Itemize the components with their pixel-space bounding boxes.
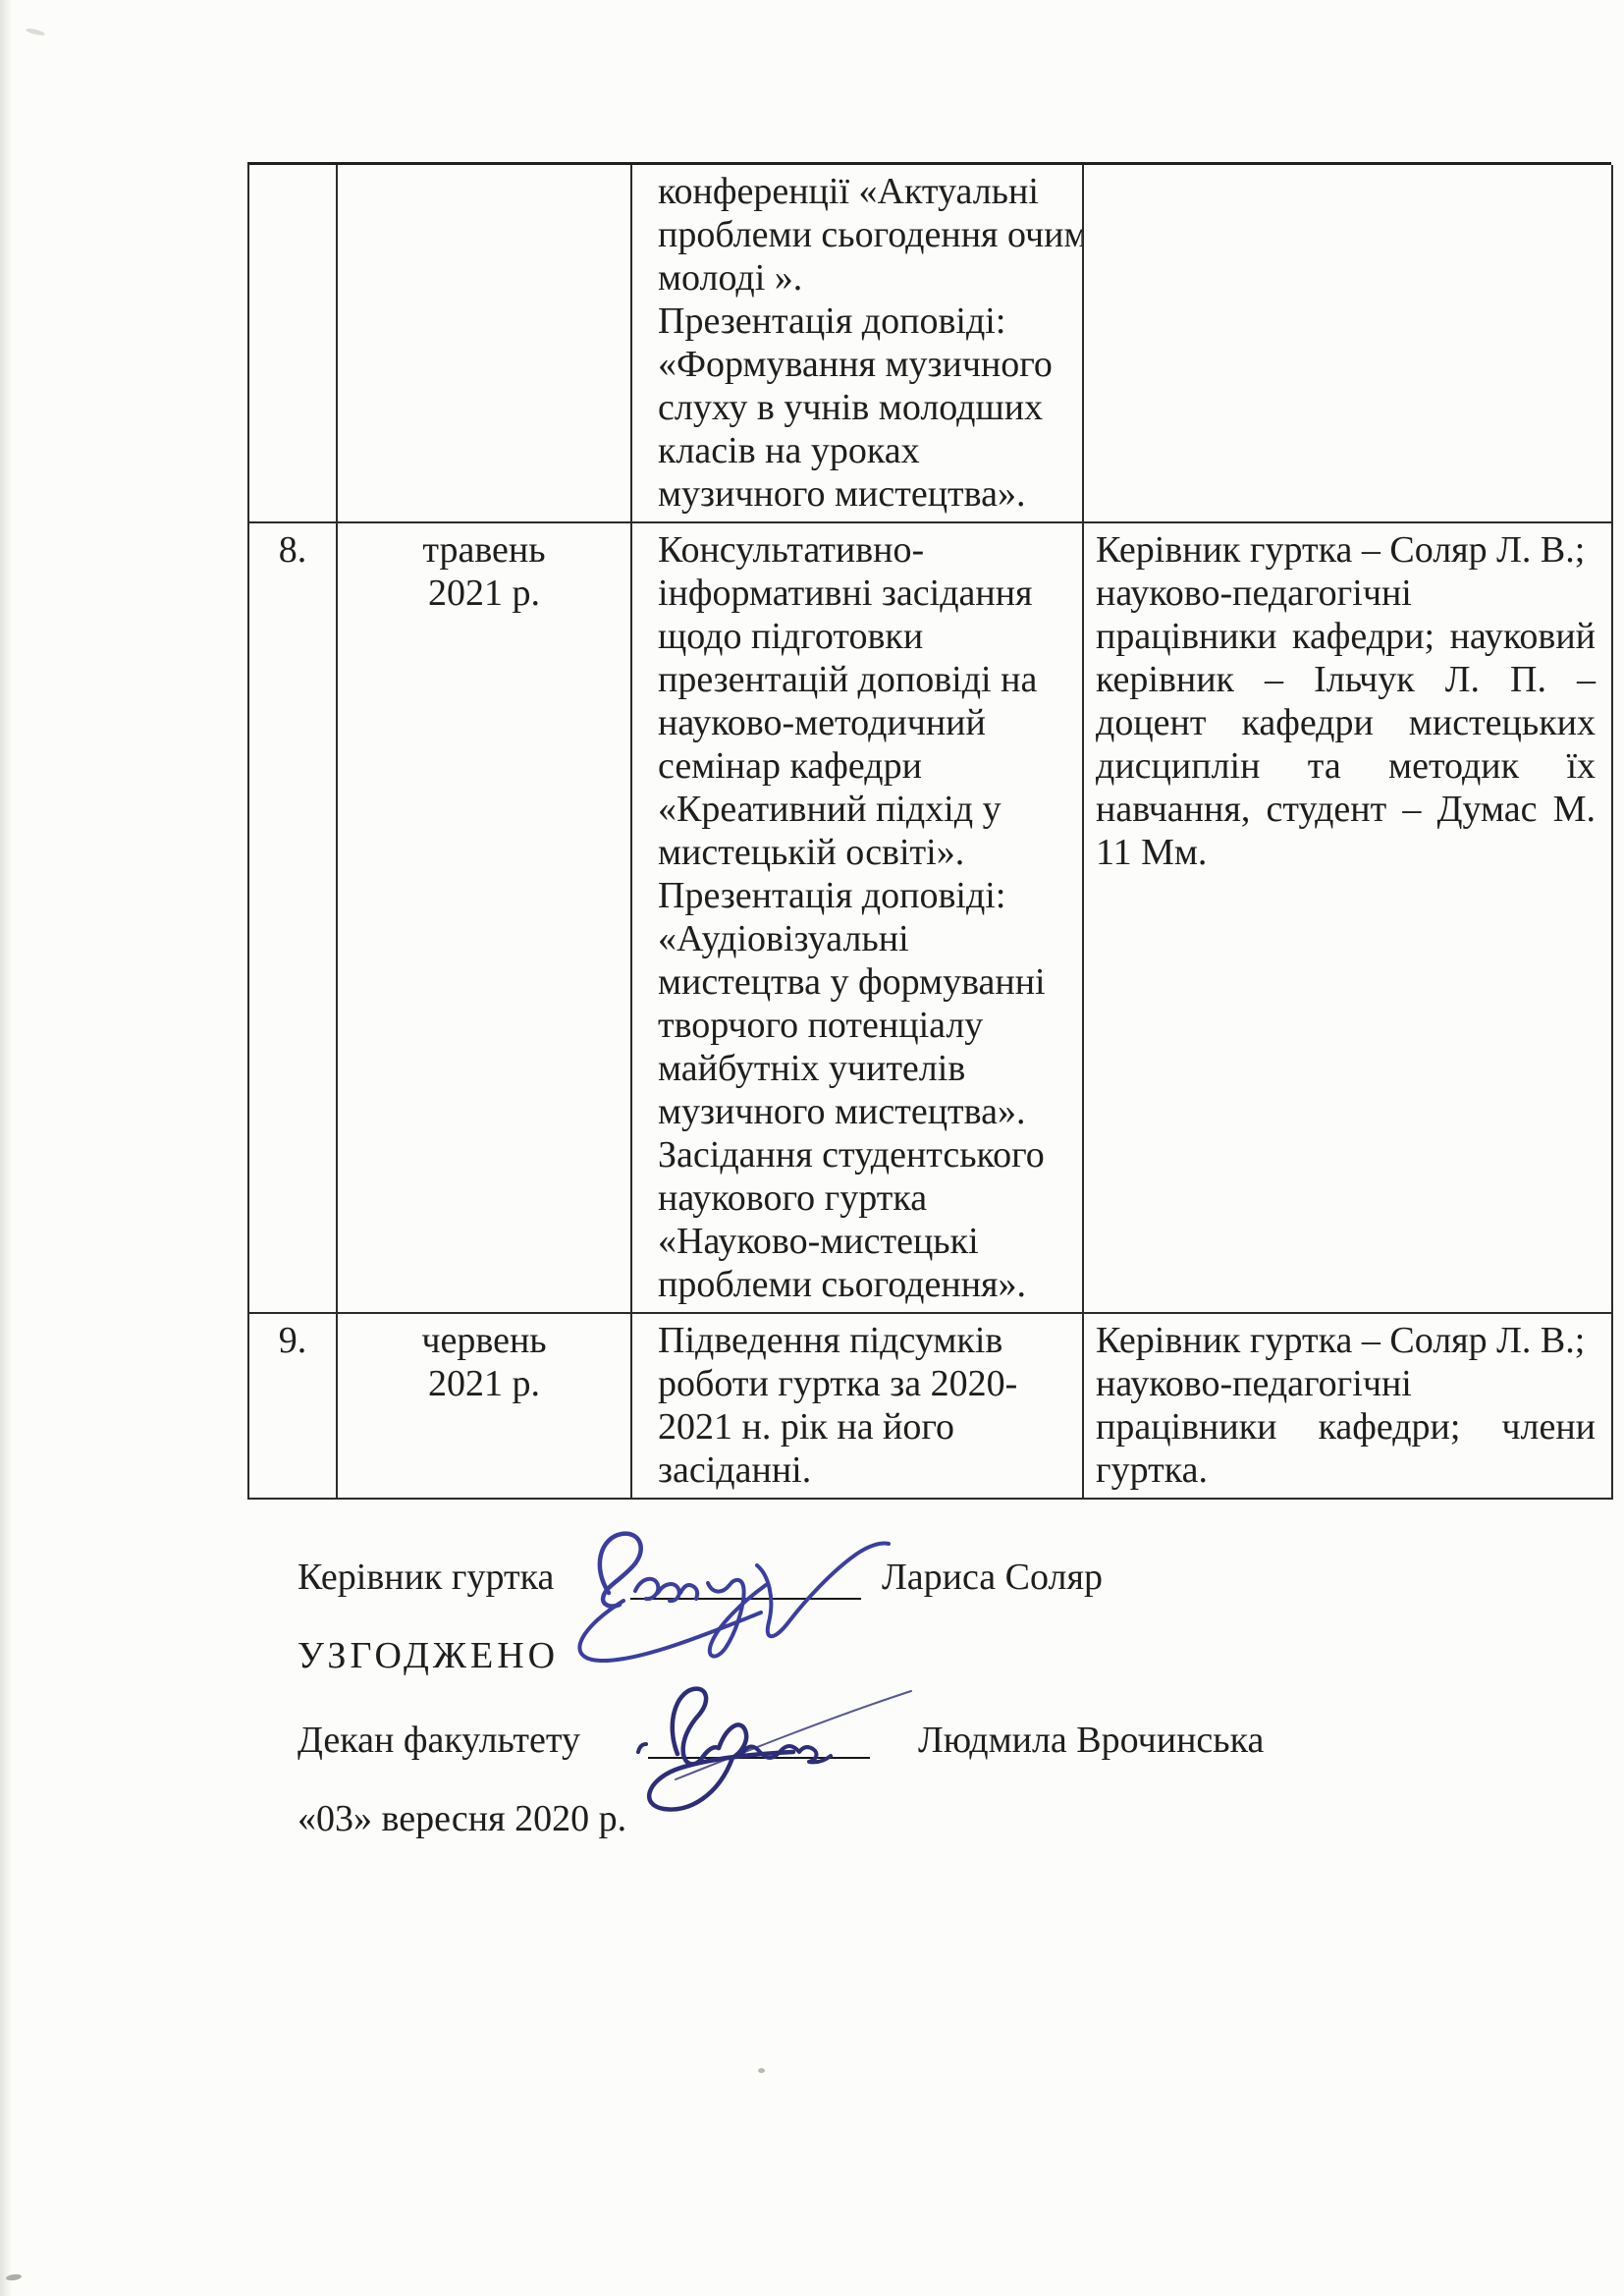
cell-responsible: Керівник гуртка – Соляр Л. В.;науково-пе… bbox=[1084, 1314, 1613, 1500]
scan-edge-shadow bbox=[0, 0, 12, 2296]
dean-label: Декан факультету bbox=[298, 1719, 580, 1762]
table-cell-line: «Аудіовізуальні bbox=[658, 917, 1068, 960]
table-cell-line: працівники кафедри; науковий bbox=[1096, 615, 1596, 658]
table-cell-line: мистецькій освіті». bbox=[658, 831, 1068, 874]
table-cell-line: «Науково-мистецькі bbox=[658, 1220, 1068, 1263]
table-cell-line: 2021 р. bbox=[346, 572, 623, 615]
table-cell-line: класів на уроках bbox=[658, 429, 1068, 472]
table-cell-line: інформативні засідання bbox=[658, 572, 1068, 615]
table-cell-line: доцент кафедри мистецьких bbox=[1096, 701, 1596, 744]
table-cell-line: Керівник гуртка – Соляр Л. В.; bbox=[1096, 1319, 1596, 1362]
cell-date: травень2021 р. bbox=[338, 523, 632, 1314]
cell-number bbox=[249, 165, 338, 523]
table-cell-line: мистецтва у формуванні bbox=[658, 960, 1068, 1004]
table-cell-line: музичного мистецтва». bbox=[658, 1090, 1068, 1133]
approval-date: «03» вересня 2020 р. bbox=[298, 1797, 626, 1840]
table-cell-line: науково-педагогічні bbox=[1096, 572, 1596, 615]
table-cell-line: Презентація доповіді: bbox=[658, 300, 1068, 343]
dean-signature bbox=[617, 1669, 926, 1815]
schedule-table: конференції «Актуальніпроблеми сьогоденн… bbox=[247, 162, 1611, 1500]
table-cell-line: керівник – Ільчук Л. П. – bbox=[1096, 658, 1596, 701]
table-cell-line: «Креативний підхід у bbox=[658, 788, 1068, 831]
table-cell-line: науково-педагогічні bbox=[1096, 1362, 1596, 1405]
table-cell-line: 2021 р. bbox=[346, 1362, 623, 1405]
cell-activity: Консультативно-інформативні засіданнящод… bbox=[632, 523, 1084, 1314]
table-cell-line: 9. bbox=[253, 1319, 332, 1362]
cell-date: червень2021 р. bbox=[338, 1314, 632, 1500]
table-cell-line: наукового гуртка bbox=[658, 1176, 1068, 1220]
table-cell-line: науково-методичний bbox=[658, 701, 1068, 744]
table-cell-line: «Формування музичного bbox=[658, 343, 1068, 386]
table-cell-line: 2021 н. рік на його bbox=[658, 1405, 1068, 1449]
table-cell-line: проблеми сьогодення очима bbox=[658, 213, 1068, 256]
table-cell-line: семінар кафедри bbox=[658, 744, 1068, 788]
table-cell-line: творчого потенціалу bbox=[658, 1004, 1068, 1047]
table-cell-line: музичного мистецтва». bbox=[658, 472, 1068, 516]
table-cell-line: слуху в учнів молодших bbox=[658, 386, 1068, 429]
table-cell-line: Керівник гуртка – Соляр Л. В.; bbox=[1096, 528, 1596, 572]
scan-speck bbox=[26, 27, 46, 37]
table-cell-line: Підведення підсумків bbox=[658, 1319, 1068, 1362]
table-cell-line: конференції «Актуальні bbox=[658, 170, 1068, 213]
table-cell-line: навчання, студент – Думас М. bbox=[1096, 788, 1596, 831]
table-cell-line: працівники кафедри; члени bbox=[1096, 1405, 1596, 1449]
table-cell-line: майбутніх учителів bbox=[658, 1047, 1068, 1090]
table-cell-line: презентацій доповіді на bbox=[658, 658, 1068, 701]
table-cell-line: гуртка. bbox=[1096, 1449, 1596, 1492]
table-cell-line: 8. bbox=[253, 528, 332, 572]
dean-name: Людмила Врочинська bbox=[918, 1719, 1264, 1762]
cell-responsible bbox=[1084, 165, 1613, 523]
table-cell-line: Консультативно- bbox=[658, 528, 1068, 572]
cell-date bbox=[338, 165, 632, 523]
leader-name: Лариса Соляр bbox=[882, 1556, 1103, 1599]
table-cell-line: проблеми сьогодення». bbox=[658, 1263, 1068, 1306]
scan-speck bbox=[6, 2273, 23, 2281]
cell-responsible: Керівник гуртка – Соляр Л. В.;науково-пе… bbox=[1084, 523, 1613, 1314]
table-cell-line: роботи гуртка за 2020- bbox=[658, 1362, 1068, 1405]
scan-speck bbox=[758, 2068, 765, 2073]
table-cell-line: Презентація доповіді: bbox=[658, 874, 1068, 917]
table-cell-line: 11 Мм. bbox=[1096, 831, 1596, 874]
table-cell-line: червень bbox=[346, 1319, 623, 1362]
table-cell-line: дисциплін та методик їх bbox=[1096, 744, 1596, 788]
table-cell-line: молоді ». bbox=[658, 256, 1068, 300]
cell-activity: конференції «Актуальніпроблеми сьогоденн… bbox=[632, 165, 1084, 523]
leader-label: Керівник гуртка bbox=[298, 1556, 554, 1599]
cell-activity: Підведення підсумківроботи гуртка за 202… bbox=[632, 1314, 1084, 1500]
cell-number: 9. bbox=[249, 1314, 338, 1500]
cell-number: 8. bbox=[249, 523, 338, 1314]
scanned-document-page: конференції «Актуальніпроблеми сьогоденн… bbox=[0, 0, 1624, 2296]
agreed-label: УЗГОДЖЕНО bbox=[298, 1634, 559, 1677]
table-cell-line: Засідання студентського bbox=[658, 1133, 1068, 1176]
leader-signature bbox=[565, 1524, 903, 1689]
table-cell-line: засіданні. bbox=[658, 1449, 1068, 1492]
table-cell-line: травень bbox=[346, 528, 623, 572]
table-cell-line: щодо підготовки bbox=[658, 615, 1068, 658]
